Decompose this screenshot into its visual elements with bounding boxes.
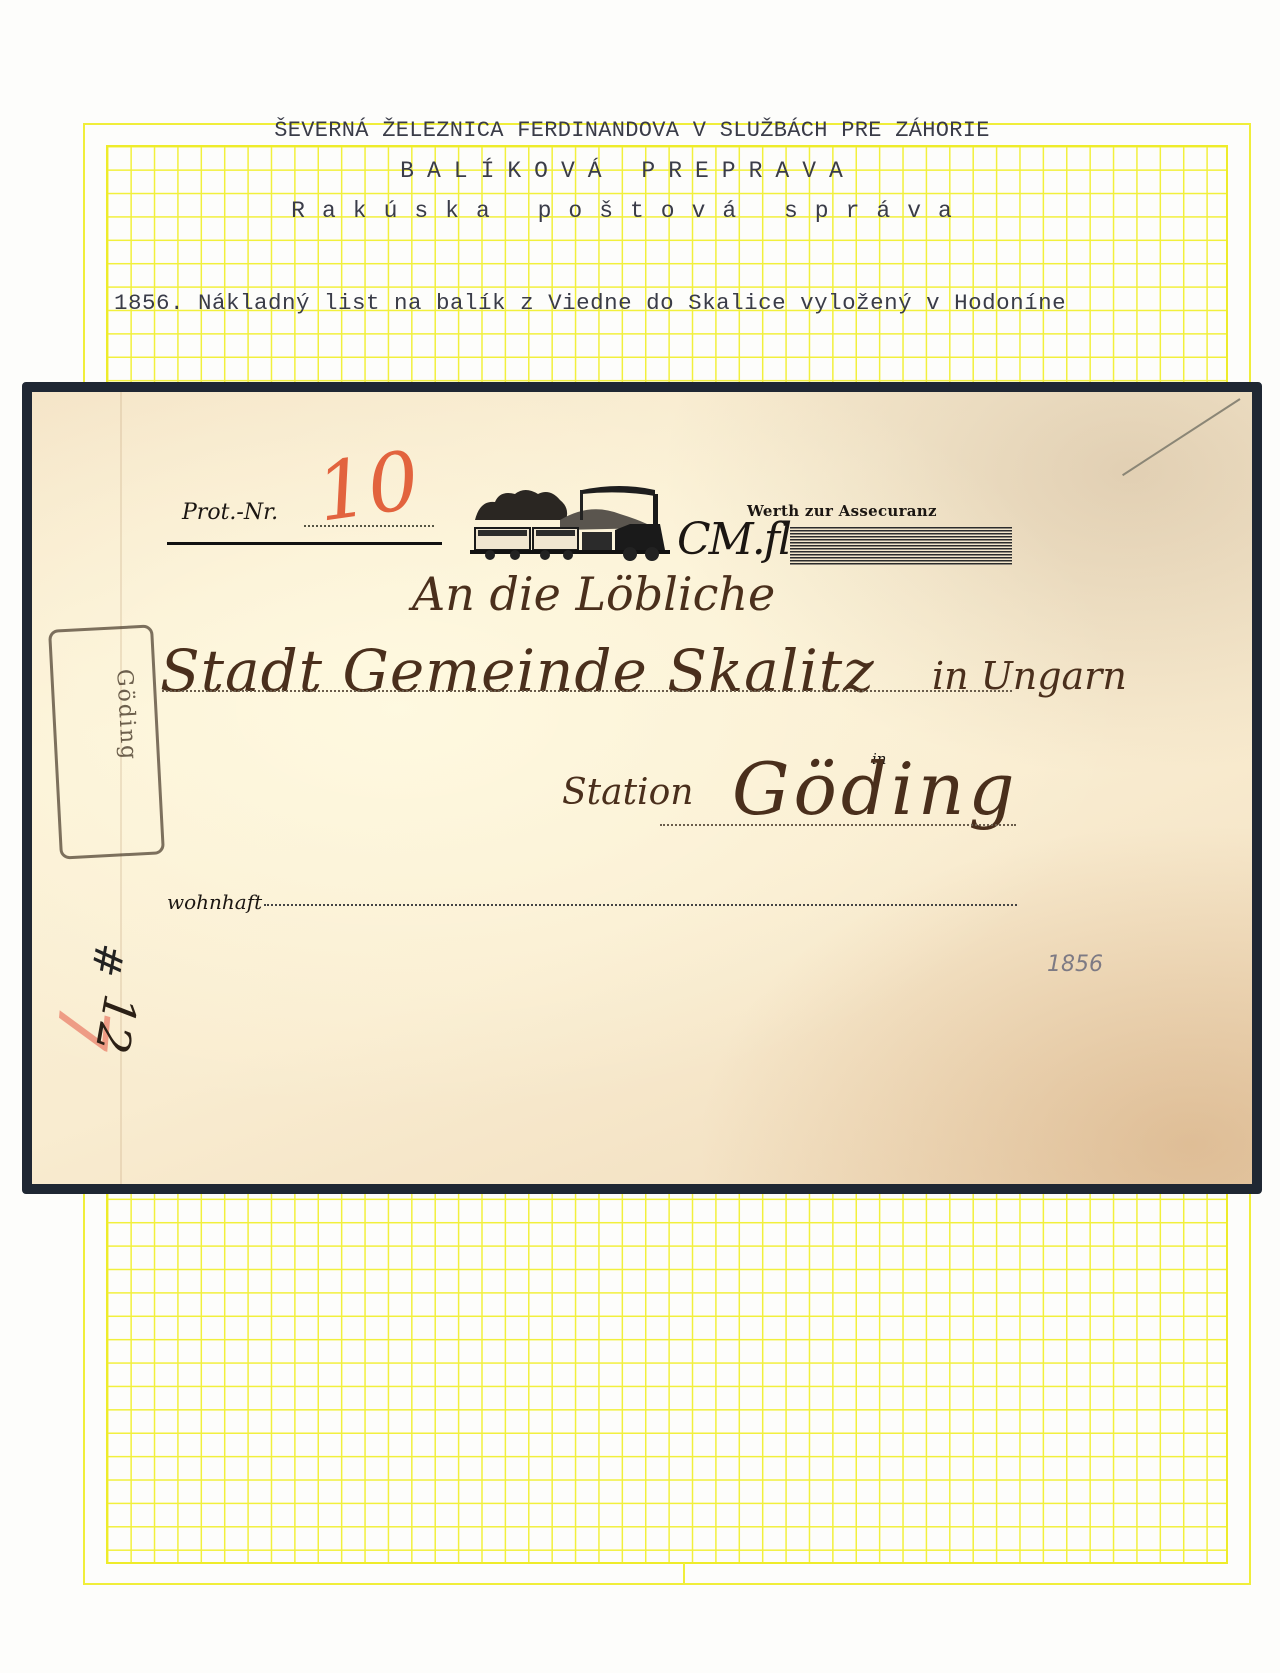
insurance-value-field-hatched (790, 527, 1012, 565)
station-name: Göding (732, 747, 1018, 831)
protocol-rule (167, 542, 442, 545)
protocol-number-red-crayon: 10 (311, 433, 425, 539)
exhibit-heading-postal-administration: Rakúska poštová správa (0, 198, 1270, 224)
residence-dotted-line (264, 904, 1017, 906)
manuscript-hash-mark: # (81, 940, 132, 981)
exhibit-heading-parcel-transport: BALÍKOVÁ PREPRAVA (0, 158, 1268, 184)
residence-label: wohnhaft (167, 890, 262, 914)
postmark-text: Göding (96, 668, 147, 880)
address-dotted-line-2 (660, 824, 1016, 826)
station-prefix: Station (562, 772, 693, 813)
protocol-number-label: Prot.-Nr. (182, 500, 278, 525)
exhibit-description: 1856. Nákladný list na balík z Viedne do… (114, 290, 1224, 316)
pencil-year-note: 1856 (1047, 952, 1103, 977)
address-line-salutation: An die Löbliche (412, 567, 775, 621)
frame-center-mark (683, 1563, 685, 1585)
currency-label: CM.fl. (677, 514, 802, 565)
protocol-dotted-line (304, 525, 434, 527)
manuscript-ink-mark: 12 (85, 990, 148, 1057)
exhibit-heading-railway: ŠEVERNÁ ŽELEZNICA FERDINANDOVA V SLUŽBÁC… (0, 118, 1272, 143)
waybill-document: 10 Prot.-Nr. Werth zur Assecuranz CM.fl.… (22, 382, 1262, 1194)
address-dotted-line-1 (162, 690, 1012, 692)
address-line-recipient: Stadt Gemeinde Skalitz (160, 637, 875, 705)
paper-crease (1122, 398, 1241, 476)
train-vignette-icon (470, 480, 670, 562)
goding-boxed-postmark: Göding (48, 624, 165, 859)
